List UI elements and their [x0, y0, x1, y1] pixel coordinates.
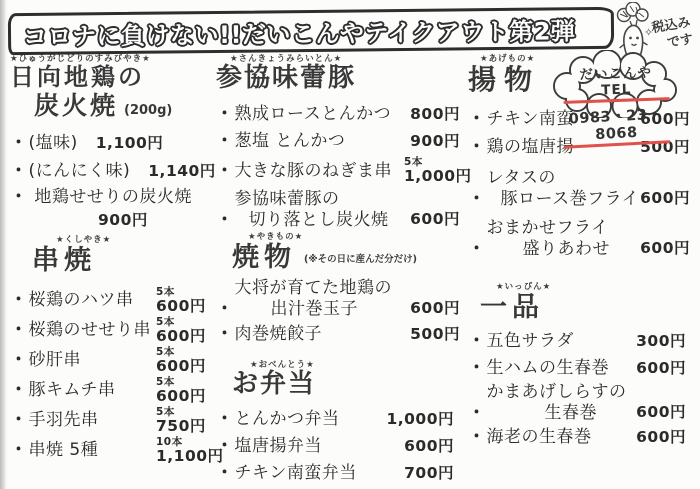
bento-title: お弁当: [232, 370, 462, 400]
charcoal-title-line1: 日向地鶏の: [10, 64, 216, 92]
item-name: とんかつ弁当: [235, 409, 387, 430]
section-brand-pork: ★さんきょうみらいとん★ 参協味蕾豚 熟成ロースとんかつ 800円 葱塩 とんか…: [216, 52, 462, 231]
item-price: 600円: [404, 437, 454, 456]
menu-item: 海老の生春巻 600円: [468, 425, 696, 452]
menu-item: 塩唐揚弁当 600円: [216, 433, 462, 460]
takeout-menu-page: コロナに負けない!!だいこんやテイクアウト第2弾: [0, 0, 700, 489]
menu-item: かまあげしらすの 生春巻 600円: [468, 382, 696, 425]
ippin-title: 一品: [480, 292, 696, 323]
item-price: 600円: [156, 357, 206, 375]
yakimono-note: (※その日に産んだ分だけ): [304, 254, 417, 265]
item-name: 大将が育てた地鶏の 出汁巻玉子: [235, 278, 411, 321]
item-name: 串焼 5種: [29, 440, 157, 461]
item-qty-price: 5本600円: [156, 287, 212, 316]
item-price: 1,100円: [156, 447, 224, 465]
item-price: 1,000円: [404, 167, 472, 185]
item-name: 豚キムチ串: [29, 380, 157, 401]
item-price: 600円: [156, 327, 206, 345]
item-price: 600円: [640, 189, 690, 208]
yakimono-title-text: 焼物: [232, 242, 296, 273]
item-name: 砂肝串: [29, 350, 157, 371]
menu-item: おまかせフライ 盛りあわせ 600円: [468, 218, 696, 261]
item-name: (塩味): [29, 133, 78, 154]
item-price: 1,000円: [386, 410, 454, 429]
menu-item: 桜鶏のせせり串 5本600円: [10, 316, 216, 346]
menu-item: 砂肝串 5本600円: [10, 346, 216, 376]
item-name: 葱塩 とんかつ: [235, 131, 411, 152]
yakimono-title: 焼物(※その日に産んだ分だけ): [232, 242, 462, 273]
item-name: 生ハムの生春巻: [487, 358, 637, 379]
charcoal-title-line2: 炭火焼(200g): [34, 92, 216, 121]
menu-item: (塩味) 1,100円: [10, 129, 216, 157]
menu-item: 串焼 5種 10本1,100円: [10, 436, 216, 466]
item-qty-price: 5本750円: [156, 407, 212, 436]
menu-item: とんかつ弁当 1,000円: [216, 406, 462, 433]
item-name: レタスの 豚ロース巻フライ: [487, 168, 641, 211]
item-price: 300円: [636, 332, 686, 351]
phone-bubble: だいこんやTEL 0983・23・8068: [549, 50, 683, 118]
page-title: コロナに負けない!!だいこんやテイクアウト第2弾: [23, 11, 576, 52]
item-name: 大きな豚のねぎま串: [235, 161, 405, 182]
item-price: 600円: [410, 299, 460, 318]
menu-item: 熟成ロースとんかつ 800円: [216, 101, 462, 128]
item-name: 地鶏せせりの炭火焼: [34, 187, 192, 207]
tax-included-note: 税込み です: [651, 15, 695, 54]
menu-item: 大きな豚のねぎま串 5本1,000円: [216, 155, 462, 189]
item-name: 手羽先串: [29, 410, 157, 431]
charcoal-title-text: 炭火焼: [34, 91, 118, 120]
shop-name-tel-label: だいこんやTEL: [562, 60, 669, 104]
item-price: 1,140円: [148, 162, 216, 181]
ippin-furigana: ★いっぴん★: [496, 280, 696, 292]
item-name: (にんにく味): [29, 161, 131, 182]
menu-item: 五色サラダ 300円: [468, 328, 696, 355]
kushiyaki-furigana: ★くしやき★: [56, 233, 216, 245]
phone-number: 0983・23・8068: [562, 102, 670, 148]
item-qty-price: 5本600円: [156, 347, 212, 376]
menu-item: 肉巻焼餃子 500円: [216, 321, 462, 349]
item-name: チキン南蛮弁当: [235, 463, 405, 484]
menu-item: 豚キムチ串 5本600円: [10, 376, 216, 406]
section-kushiyaki: ★くしやき★ 串焼 桜鶏のハツ串 5本600円 桜鶏のせせり串 5本600円 砂…: [10, 233, 216, 466]
item-price: 900円: [98, 211, 216, 230]
menu-item: チキン南蛮弁当 700円: [216, 460, 462, 487]
section-yakimono: ★やきもの★ 焼物(※その日に産んだ分だけ) 大将が育てた地鶏の 出汁巻玉子 6…: [216, 230, 462, 349]
pork-title: 参協味蕾豚: [216, 64, 462, 94]
item-price: 800円: [410, 105, 460, 124]
item-price: 600円: [410, 210, 460, 229]
item-name: 参協味蕾豚の 切り落とし炭火焼: [235, 189, 411, 232]
item-qty-price: 10本1,100円: [156, 437, 212, 466]
section-ippin: ★いっぴん★ 一品 五色サラダ 300円 生ハムの生春巻 600円 かまあげしら…: [468, 280, 696, 452]
item-qty-price: 5本1,000円: [404, 157, 460, 186]
item-price: 600円: [636, 428, 686, 447]
item-price: 600円: [636, 359, 686, 378]
menu-item: 大将が育てた地鶏の 出汁巻玉子 600円: [216, 278, 462, 321]
item-name: かまあげしらすの 生春巻: [487, 382, 637, 425]
menu-item: 地鶏せせりの炭火焼 900円: [10, 187, 216, 230]
item-price: 750円: [156, 417, 206, 435]
menu-item: レタスの 豚ロース巻フライ 600円: [468, 168, 696, 211]
kushiyaki-title: 串焼: [32, 245, 216, 276]
menu-item: 生ハムの生春巻 600円: [468, 355, 696, 382]
item-price: 600円: [640, 239, 690, 258]
item-price: 600円: [156, 387, 206, 405]
item-price: 700円: [404, 464, 454, 483]
section-bento: ★おべんとう★ お弁当 とんかつ弁当 1,000円 塩唐揚弁当 600円 チキン…: [216, 358, 462, 487]
item-name: 桜鶏のせせり串: [29, 320, 157, 341]
yakimono-furigana: ★やきもの★: [248, 230, 462, 242]
item-qty-price: 5本600円: [156, 377, 212, 406]
item-price: 1,100円: [96, 134, 164, 153]
menu-item: (にんにく味) 1,140円: [10, 157, 216, 185]
item-qty-price: 5本600円: [156, 317, 212, 346]
menu-item: 桜鶏のハツ串 5本600円: [10, 286, 216, 316]
item-name: 肉巻焼餃子: [235, 324, 411, 345]
menu-item: 参協味蕾豚の 切り落とし炭火焼 600円: [216, 189, 462, 232]
item-name: 海老の生春巻: [487, 427, 637, 448]
charcoal-size-note: (200g): [124, 103, 172, 118]
section-charcoal-chicken: ★ひゅうがじどりのすみびやき★ 日向地鶏の 炭火焼(200g) (塩味) 1,1…: [10, 52, 216, 230]
item-name: 桜鶏のハツ串: [29, 290, 157, 311]
item-price: 600円: [636, 403, 686, 422]
item-name: 熟成ロースとんかつ: [235, 104, 411, 125]
menu-item: 手羽先串 5本750円: [10, 406, 216, 436]
menu-item: 葱塩 とんかつ 900円: [216, 128, 462, 155]
item-name: おまかせフライ 盛りあわせ: [487, 218, 641, 261]
item-price: 900円: [410, 132, 460, 151]
title-banner: コロナに負けない!!だいこんやテイクアウト第2弾: [8, 7, 614, 55]
item-price: 600円: [156, 297, 206, 315]
item-name: 五色サラダ: [487, 331, 637, 352]
item-name: 塩唐揚弁当: [235, 436, 405, 457]
item-price: 500円: [410, 325, 460, 344]
